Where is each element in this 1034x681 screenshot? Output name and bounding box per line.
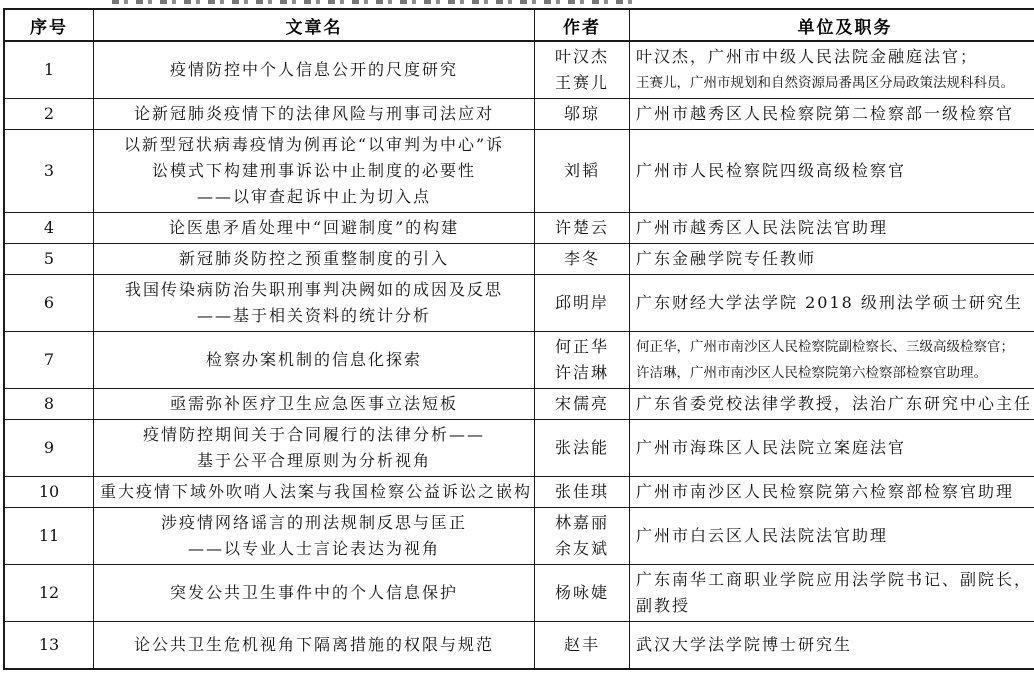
cell-unit-position: 广州市越秀区人民法院法官助理 [630, 213, 1034, 244]
clipped-text-fragment [112, 0, 632, 4]
table-row: 6我国传染病防治失职刑事判决阙如的成因及反思——基于相关资料的统计分析邱明岸广东… [4, 275, 1034, 332]
cell-author: 赵丰 [535, 622, 630, 670]
cell-number: 2 [4, 99, 94, 130]
cell-article-title: 重大疫情下域外吹哨人法案与我国检察公益诉讼之嵌构 [94, 477, 535, 508]
cell-unit-position: 广州市白云区人民法院法官助理 [630, 508, 1034, 565]
articles-table: 序号 文章名 作者 单位及职务 1疫情防控中个人信息公开的尺度研究叶汉杰王赛儿叶… [3, 8, 1034, 670]
cell-article-title-line: ——基于相关资料的统计分析 [100, 303, 528, 329]
cell-author-line: 叶汉杰 [541, 44, 623, 70]
cell-number: 3 [4, 130, 94, 213]
cell-author-line: 杨咏婕 [541, 580, 623, 606]
cell-article-title: 以新型冠状病毒疫情为例再论“以审判为中心”诉讼模式下构建刑事诉讼中止制度的必要性… [94, 130, 535, 213]
cell-article-title-line: 论公共卫生危机视角下隔离措施的权限与规范 [100, 632, 528, 658]
cell-number: 1 [4, 41, 94, 99]
cell-author: 李冬 [535, 244, 630, 275]
cell-author: 邱明岸 [535, 275, 630, 332]
cell-article-title-line: 疫情防控中个人信息公开的尺度研究 [100, 57, 528, 83]
cell-number-line: 10 [11, 479, 87, 505]
cell-article-title-line: 涉疫情网络谣言的刑法规制反思与匡正 [100, 510, 528, 536]
cell-article-title: 论公共卫生危机视角下隔离措施的权限与规范 [94, 622, 535, 670]
cell-author-line: 宋儒亮 [541, 391, 623, 417]
cell-article-title: 亟需弥补医疗卫生应急医事立法短板 [94, 389, 535, 420]
cell-article-title-line: 检察办案机制的信息化探索 [100, 347, 528, 373]
cell-author-line: 许楚云 [541, 215, 623, 241]
cell-article-title: 疫情防控中个人信息公开的尺度研究 [94, 41, 535, 99]
table-row: 7检察办案机制的信息化探索何正华许洁琳何正华，广州市南沙区人民检察院副检察长、三… [4, 332, 1034, 389]
cell-article-title-line: 突发公共卫生事件中的个人信息保护 [100, 580, 528, 606]
cell-author: 张法能 [535, 420, 630, 477]
cell-unit-position: 广州市越秀区人民检察院第二检察部一级检察官 [630, 99, 1034, 130]
cell-article-title: 检察办案机制的信息化探索 [94, 332, 535, 389]
cell-article-title: 疫情防控期间关于合同履行的法律分析——基于公平合理原则为分析视角 [94, 420, 535, 477]
cell-unit-position-line: 广州市越秀区人民法院法官助理 [636, 215, 1034, 241]
cell-number: 8 [4, 389, 94, 420]
cell-article-title: 突发公共卫生事件中的个人信息保护 [94, 565, 535, 622]
cell-article-title: 新冠肺炎防控之预重整制度的引入 [94, 244, 535, 275]
cell-unit-position-line: 广州市白云区人民法院法官助理 [636, 523, 1034, 549]
cell-unit-position-line: 广东金融学院专任教师 [636, 246, 1034, 272]
cell-author-line: 林嘉丽 [541, 510, 623, 536]
cell-unit-position-line: 武汉大学法学院博士研究生 [636, 632, 1034, 658]
cell-unit-position-line: 广州市越秀区人民检察院第二检察部一级检察官 [636, 101, 1034, 127]
cell-unit-position: 广州市海珠区人民法院立案庭法官 [630, 420, 1034, 477]
table-body: 1疫情防控中个人信息公开的尺度研究叶汉杰王赛儿叶汉杰，广州市中级人民法院金融庭法… [4, 41, 1034, 669]
col-header-title: 文章名 [94, 9, 535, 41]
cell-unit-position-line: 副教授 [636, 593, 1034, 619]
cell-number: 10 [4, 477, 94, 508]
cell-author: 何正华许洁琳 [535, 332, 630, 389]
cell-article-title-line: 亟需弥补医疗卫生应急医事立法短板 [100, 391, 528, 417]
cell-unit-position: 广东财经大学法学院 2018 级刑法学硕士研究生 [630, 275, 1034, 332]
col-header-no: 序号 [4, 9, 94, 41]
cell-unit-position-line: 广东省委党校法律学教授，法治广东研究中心主任 [636, 391, 1034, 417]
table-head: 序号 文章名 作者 单位及职务 [4, 9, 1034, 41]
cell-number-line: 3 [11, 158, 87, 184]
cell-author: 张佳琪 [535, 477, 630, 508]
cell-unit-position: 广东省委党校法律学教授，法治广东研究中心主任 [630, 389, 1034, 420]
cell-author-line: 何正华 [541, 334, 623, 360]
table-row: 2论新冠肺炎疫情下的法律风险与刑事司法应对邬琼广州市越秀区人民检察院第二检察部一… [4, 99, 1034, 130]
cell-author-line: 刘韬 [541, 158, 623, 184]
cell-number-line: 12 [11, 580, 87, 606]
cell-author-line: 邬琼 [541, 101, 623, 127]
cell-article-title-line: 论新冠肺炎疫情下的法律风险与刑事司法应对 [100, 101, 528, 127]
cell-number: 7 [4, 332, 94, 389]
cell-number-line: 11 [11, 523, 87, 549]
cell-number: 4 [4, 213, 94, 244]
cell-number-line: 2 [11, 101, 87, 127]
cell-article-title-line: 疫情防控期间关于合同履行的法律分析—— [100, 422, 528, 448]
table-row: 4论医患矛盾处理中“回避制度”的构建许楚云广州市越秀区人民法院法官助理 [4, 213, 1034, 244]
table-row: 5新冠肺炎防控之预重整制度的引入李冬广东金融学院专任教师 [4, 244, 1034, 275]
cell-article-title-line: 重大疫情下域外吹哨人法案与我国检察公益诉讼之嵌构 [100, 479, 528, 505]
table-row: 3以新型冠状病毒疫情为例再论“以审判为中心”诉讼模式下构建刑事诉讼中止制度的必要… [4, 130, 1034, 213]
cell-author-line: 张佳琪 [541, 479, 623, 505]
table-row: 12突发公共卫生事件中的个人信息保护杨咏婕广东南华工商职业学院应用法学院书记、副… [4, 565, 1034, 622]
cell-author-line: 张法能 [541, 435, 623, 461]
cell-unit-position-line: 叶汉杰，广州市中级人民法院金融庭法官； [636, 44, 1034, 70]
table-row: 1疫情防控中个人信息公开的尺度研究叶汉杰王赛儿叶汉杰，广州市中级人民法院金融庭法… [4, 41, 1034, 99]
cell-unit-position: 广州市人民检察院四级高级检察官 [630, 130, 1034, 213]
cell-author-line: 邱明岸 [541, 290, 623, 316]
cell-author: 杨咏婕 [535, 565, 630, 622]
cell-article-title-line: 基于公平合理原则为分析视角 [100, 448, 528, 474]
cell-article-title-line: ——以专业人士言论表达为视角 [100, 536, 528, 562]
cell-number-line: 9 [11, 435, 87, 461]
cell-author-line: 余友斌 [541, 536, 623, 562]
table-row: 9疫情防控期间关于合同履行的法律分析——基于公平合理原则为分析视角张法能广州市海… [4, 420, 1034, 477]
cell-number: 11 [4, 508, 94, 565]
cell-number-line: 13 [11, 632, 87, 658]
cell-unit-position: 广东南华工商职业学院应用法学院书记、副院长，副教授 [630, 565, 1034, 622]
cell-number-line: 8 [11, 391, 87, 417]
table-row: 13论公共卫生危机视角下隔离措施的权限与规范赵丰武汉大学法学院博士研究生 [4, 622, 1034, 670]
cell-number-line: 7 [11, 347, 87, 373]
cell-number-line: 5 [11, 246, 87, 272]
cell-unit-position: 叶汉杰，广州市中级人民法院金融庭法官；王赛儿，广州市规划和自然资源局番禺区分局政… [630, 41, 1034, 99]
col-header-author: 作者 [535, 9, 630, 41]
cell-author-line: 李冬 [541, 246, 623, 272]
cell-unit-position-line: 广州市人民检察院四级高级检察官 [636, 158, 1034, 184]
col-header-unit: 单位及职务 [630, 9, 1034, 41]
cell-article-title-line: 以新型冠状病毒疫情为例再论“以审判为中心”诉 [100, 132, 528, 158]
cell-author-line: 王赛儿 [541, 70, 623, 96]
cell-article-title-line: 讼模式下构建刑事诉讼中止制度的必要性 [100, 158, 528, 184]
cell-article-title-line: 新冠肺炎防控之预重整制度的引入 [100, 246, 528, 272]
cell-author: 林嘉丽余友斌 [535, 508, 630, 565]
cell-unit-position-line: 广州市海珠区人民法院立案庭法官 [636, 435, 1034, 461]
table-row: 8亟需弥补医疗卫生应急医事立法短板宋儒亮广东省委党校法律学教授，法治广东研究中心… [4, 389, 1034, 420]
cell-number: 6 [4, 275, 94, 332]
cell-article-title: 涉疫情网络谣言的刑法规制反思与匡正——以专业人士言论表达为视角 [94, 508, 535, 565]
cell-unit-position-line: 广州市南沙区人民检察院第六检察部检察官助理 [636, 479, 1034, 505]
cell-unit-position-line: 许洁琳，广州市南沙区人民检察院第六检察部检察官助理。 [636, 360, 1034, 386]
cell-number-line: 6 [11, 290, 87, 316]
cell-unit-position-line: 广东南华工商职业学院应用法学院书记、副院长， [636, 567, 1034, 593]
cell-author: 宋儒亮 [535, 389, 630, 420]
cell-number: 5 [4, 244, 94, 275]
cell-number: 12 [4, 565, 94, 622]
cell-number-line: 4 [11, 215, 87, 241]
cell-author: 刘韬 [535, 130, 630, 213]
cell-unit-position-line: 何正华，广州市南沙区人民检察院副检察长、三级高级检察官； [636, 334, 1034, 360]
cell-number: 9 [4, 420, 94, 477]
cell-unit-position-line: 广东财经大学法学院 2018 级刑法学硕士研究生 [636, 290, 1034, 316]
document-page: 序号 文章名 作者 单位及职务 1疫情防控中个人信息公开的尺度研究叶汉杰王赛儿叶… [0, 0, 1034, 681]
cell-author: 许楚云 [535, 213, 630, 244]
cell-article-title: 论新冠肺炎疫情下的法律风险与刑事司法应对 [94, 99, 535, 130]
cell-number-line: 1 [11, 57, 87, 83]
table-row: 10重大疫情下域外吹哨人法案与我国检察公益诉讼之嵌构张佳琪广州市南沙区人民检察院… [4, 477, 1034, 508]
cell-author: 邬琼 [535, 99, 630, 130]
cell-unit-position: 武汉大学法学院博士研究生 [630, 622, 1034, 670]
cell-unit-position: 广东金融学院专任教师 [630, 244, 1034, 275]
cell-number: 13 [4, 622, 94, 670]
cell-unit-position: 广州市南沙区人民检察院第六检察部检察官助理 [630, 477, 1034, 508]
table-row: 11涉疫情网络谣言的刑法规制反思与匡正——以专业人士言论表达为视角林嘉丽余友斌广… [4, 508, 1034, 565]
cell-author-line: 许洁琳 [541, 360, 623, 386]
cell-article-title-line: 论医患矛盾处理中“回避制度”的构建 [100, 215, 528, 241]
cell-author-line: 赵丰 [541, 632, 623, 658]
cell-article-title: 我国传染病防治失职刑事判决阙如的成因及反思——基于相关资料的统计分析 [94, 275, 535, 332]
cell-article-title: 论医患矛盾处理中“回避制度”的构建 [94, 213, 535, 244]
cell-article-title-line: ——以审查起诉中止为切入点 [100, 184, 528, 210]
cell-unit-position-line: 王赛儿，广州市规划和自然资源局番禺区分局政策法规科科员。 [636, 70, 1034, 96]
cell-author: 叶汉杰王赛儿 [535, 41, 630, 99]
cell-unit-position: 何正华，广州市南沙区人民检察院副检察长、三级高级检察官；许洁琳，广州市南沙区人民… [630, 332, 1034, 389]
table-header-row: 序号 文章名 作者 单位及职务 [4, 9, 1034, 41]
cell-article-title-line: 我国传染病防治失职刑事判决阙如的成因及反思 [100, 277, 528, 303]
